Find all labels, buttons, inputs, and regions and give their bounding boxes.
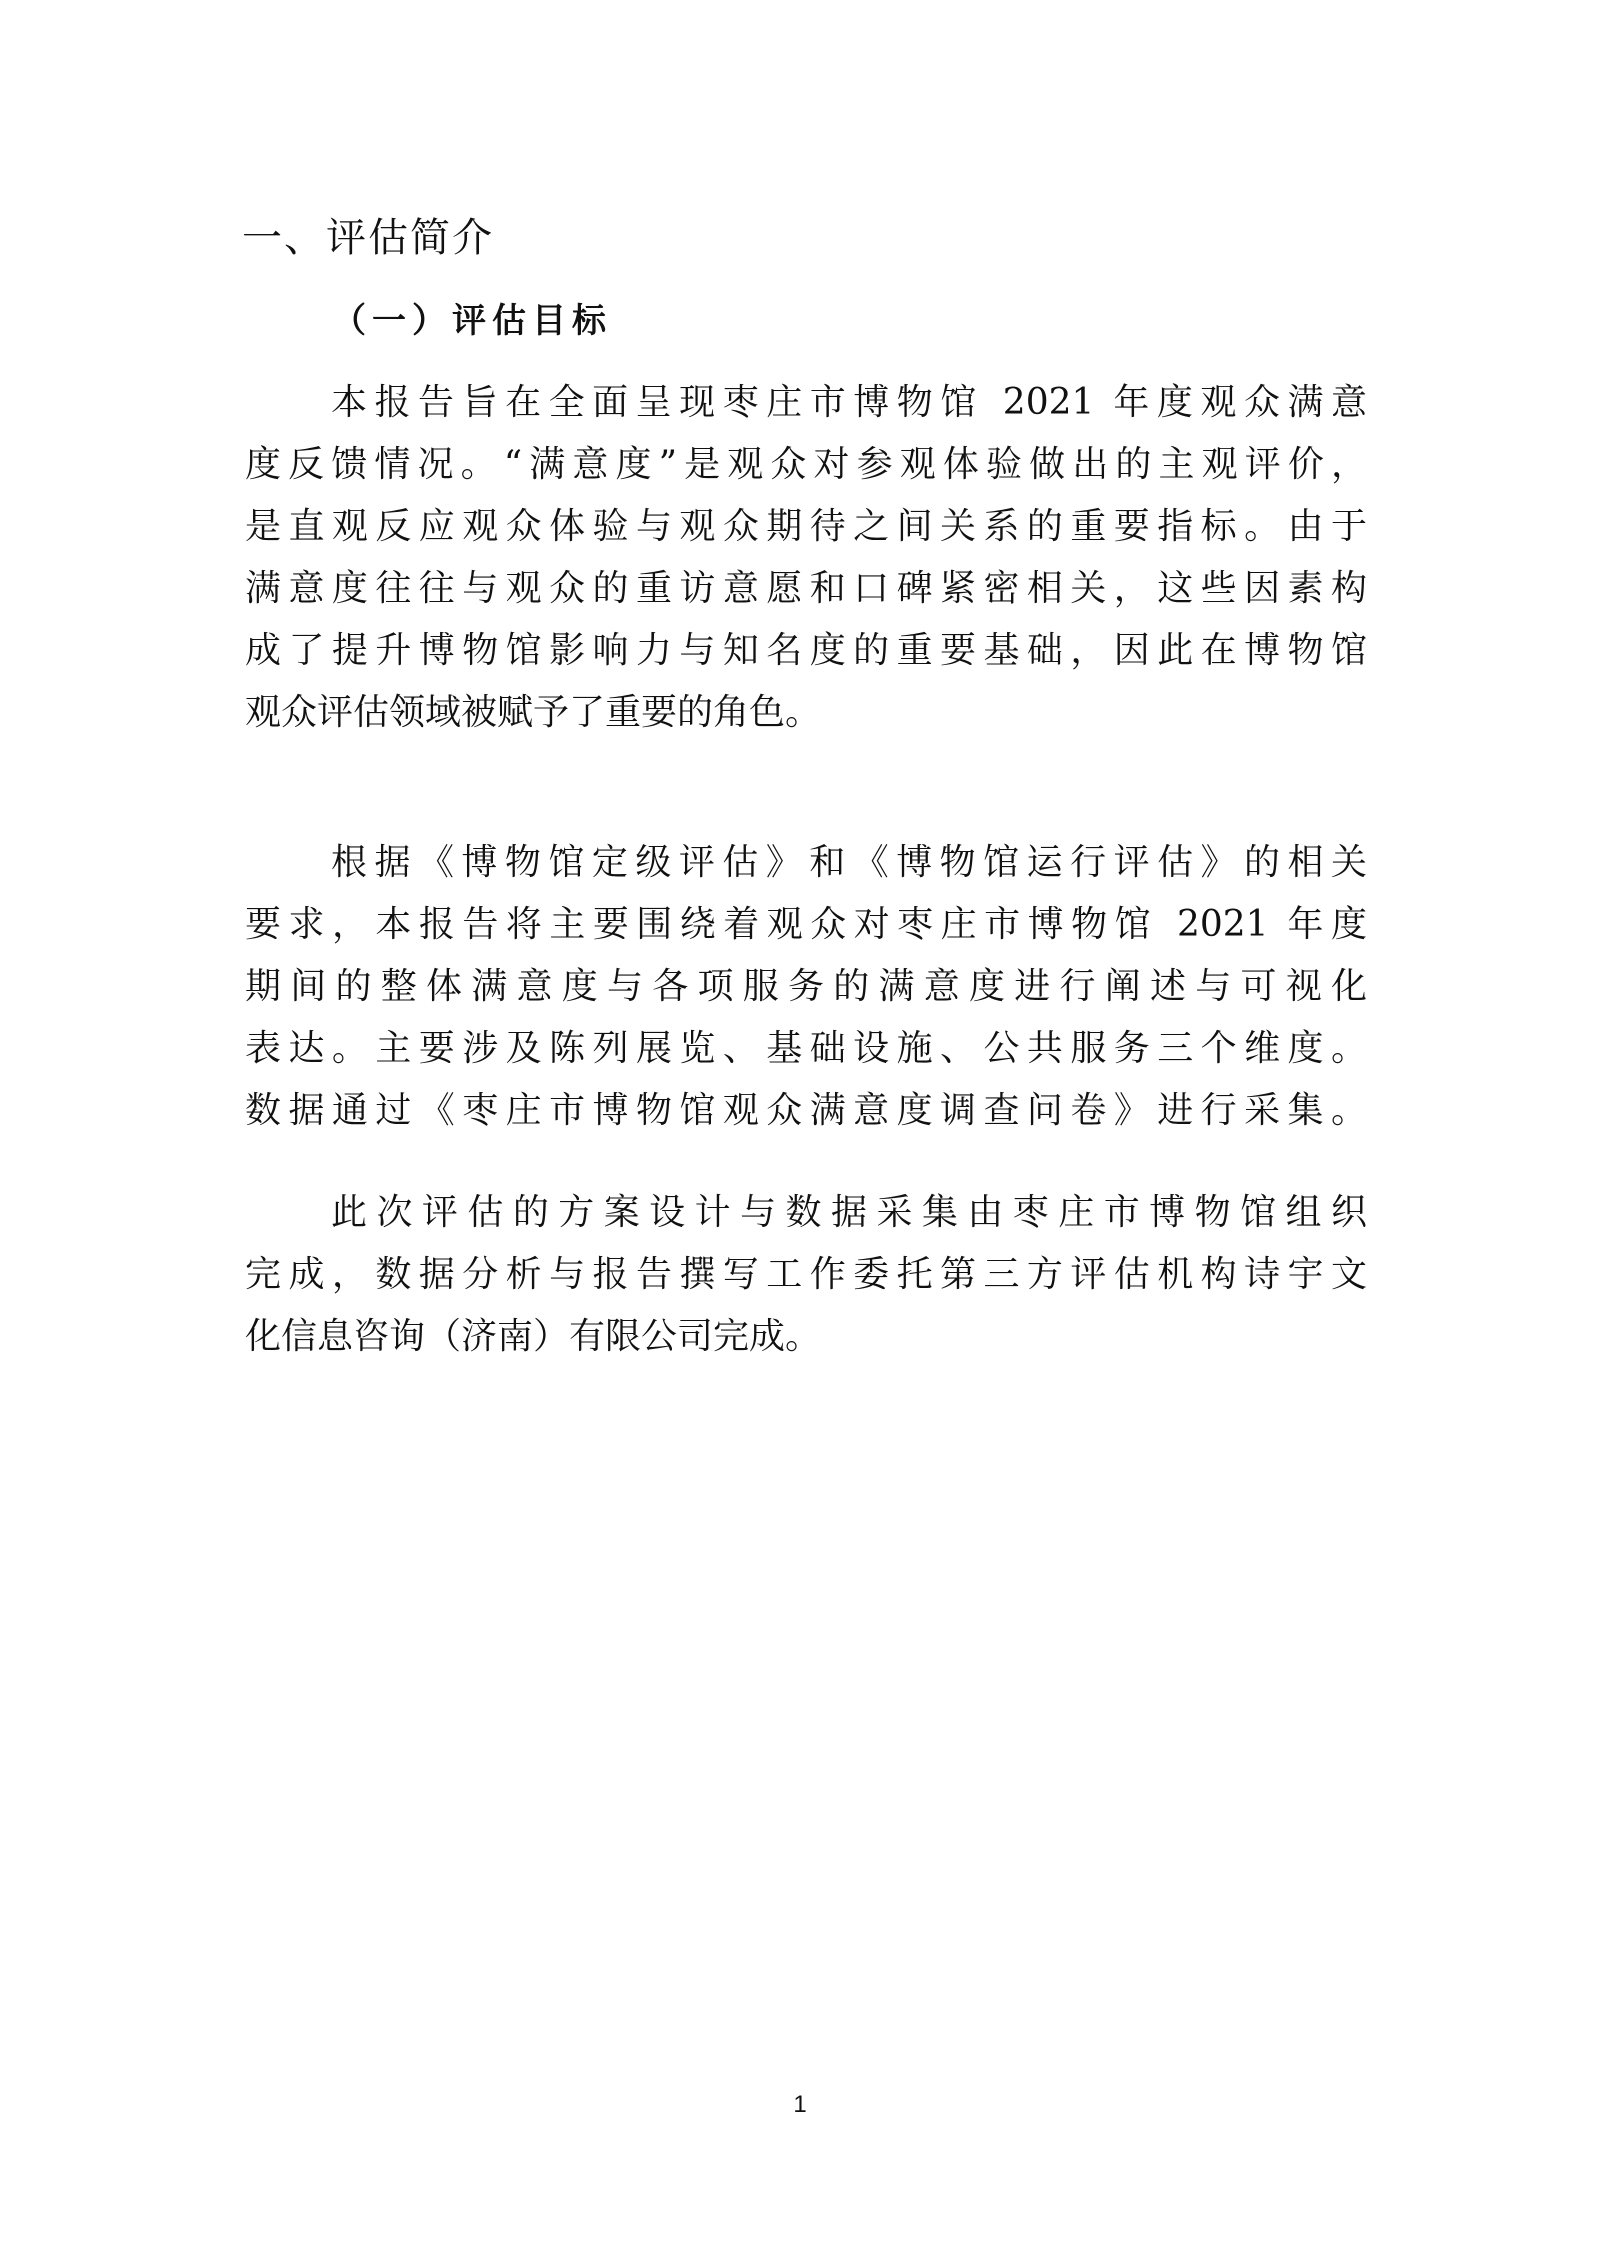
- paragraph-line: 此次评估的方案设计与数据采集由枣庄市博物馆组织: [331, 1188, 1367, 1238]
- paragraph-line: 是直观反应观众体验与观众期待之间关系的重要指标。由于: [245, 502, 1367, 552]
- paragraph-line: 表达。主要涉及陈列展览、基础设施、公共服务三个维度。: [245, 1024, 1367, 1074]
- paragraph-line: 完成，数据分析与报告撰写工作委托第三方评估机构诗宇文: [245, 1250, 1367, 1300]
- paragraph-line: 化信息咨询（济南）有限公司完成。: [245, 1312, 1367, 1362]
- paragraph-line: 满意度往往与观众的重访意愿和口碑紧密相关，这些因素构: [245, 564, 1367, 614]
- paragraph-line: 成了提升博物馆影响力与知名度的重要基础，因此在博物馆: [245, 626, 1367, 676]
- paragraph-line: 要求，本报告将主要围绕着观众对枣庄市博物馆 2021 年度: [245, 900, 1367, 950]
- paragraph-line: 期间的整体满意度与各项服务的满意度进行阐述与可视化: [245, 962, 1367, 1012]
- paragraph-line: 本报告旨在全面呈现枣庄市博物馆 2021 年度观众满意: [331, 378, 1367, 428]
- document-page: 一、评估简介 （一）评估目标 本报告旨在全面呈现枣庄市博物馆 2021 年度观众…: [0, 0, 1600, 2262]
- subsection-heading: （一）评估目标: [332, 296, 612, 346]
- section-heading: 一、评估简介: [242, 210, 494, 266]
- paragraph-line: 根据《博物馆定级评估》和《博物馆运行评估》的相关: [331, 838, 1367, 888]
- page-number: 1: [0, 2090, 1600, 2120]
- paragraph-line: 数据通过《枣庄市博物馆观众满意度调查问卷》进行采集。: [245, 1086, 1367, 1136]
- paragraph-line: 观众评估领域被赋予了重要的角色。: [245, 688, 1367, 738]
- paragraph-line: 度反馈情况。“满意度”是观众对参观体验做出的主观评价，: [245, 440, 1367, 490]
